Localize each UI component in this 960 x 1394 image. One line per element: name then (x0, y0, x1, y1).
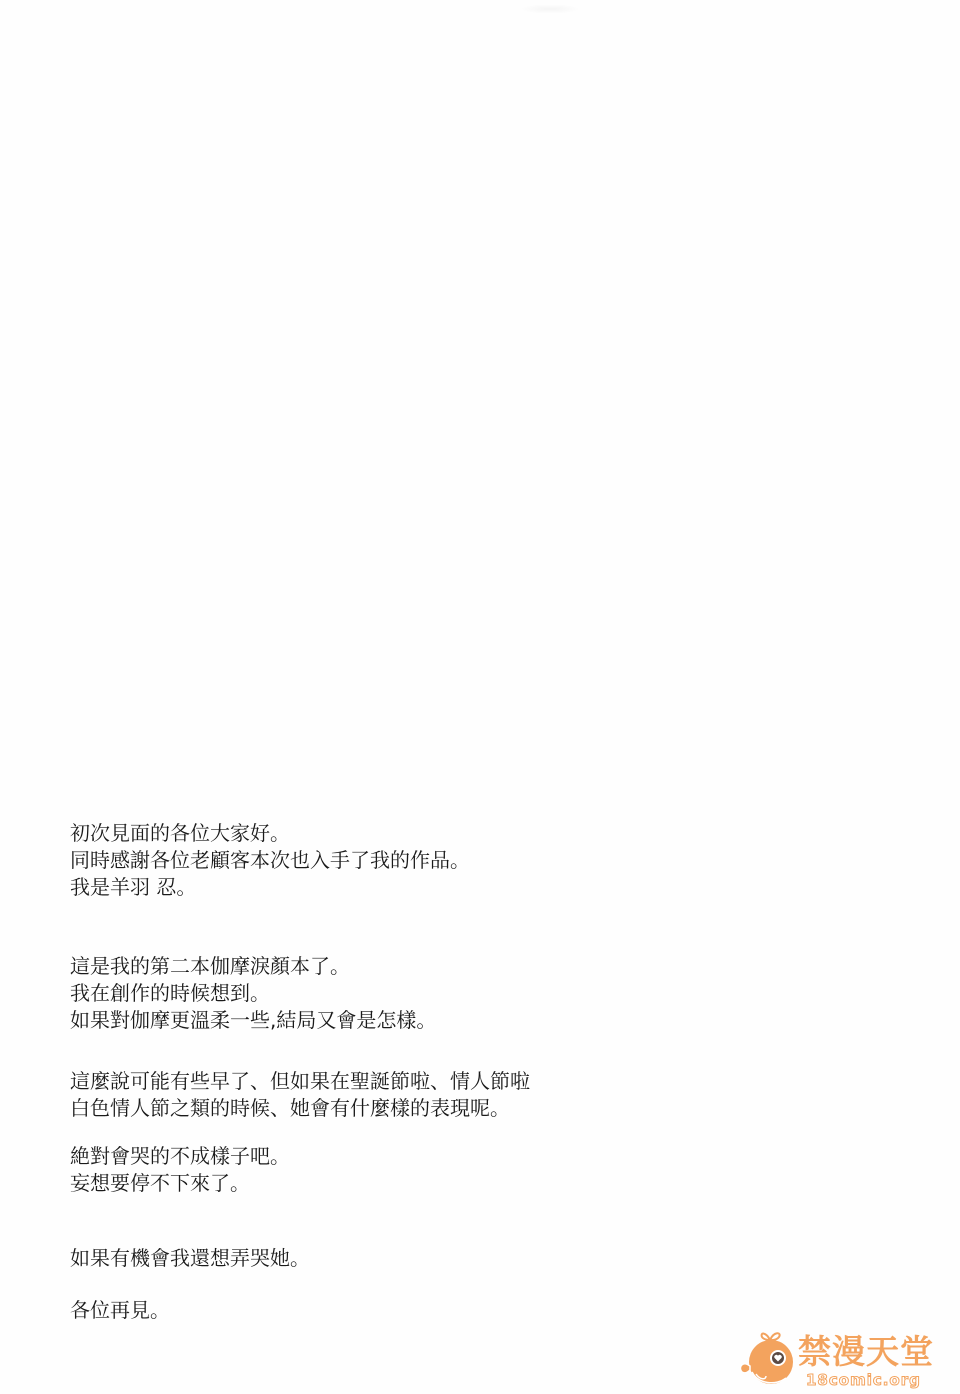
paragraph-greeting: 初次見面的各位大家好。 同時感謝各位老顧客本次也入手了我的作品。 我是羊羽 忍。 (70, 820, 470, 901)
text-line: 我是羊羽 忍。 (70, 874, 470, 901)
whale-mascot-heart-icon (736, 1326, 800, 1390)
text-line: 這麼說可能有些早了、但如果在聖誕節啦、情人節啦 (70, 1068, 530, 1095)
watermark-url: 18comic.org (806, 1372, 921, 1388)
text-line: 妄想要停不下來了。 (70, 1170, 290, 1197)
paragraph-next-time: 如果有機會我還想弄哭她。 (70, 1245, 310, 1272)
text-line: 各位再見。 (70, 1297, 170, 1324)
watermark-title: 禁漫天堂 (798, 1334, 934, 1370)
text-line: 絶對會哭的不成樣子吧。 (70, 1143, 290, 1170)
document-page: 初次見面的各位大家好。 同時感謝各位老顧客本次也入手了我的作品。 我是羊羽 忍。… (0, 0, 960, 1394)
text-line: 初次見面的各位大家好。 (70, 820, 470, 847)
text-line: 如果對伽摩更溫柔一些,結局又會是怎樣。 (70, 1007, 436, 1034)
paragraph-crying: 絶對會哭的不成樣子吧。 妄想要停不下來了。 (70, 1143, 290, 1197)
text-line: 如果有機會我還想弄哭她。 (70, 1245, 310, 1272)
paragraph-farewell: 各位再見。 (70, 1297, 170, 1324)
text-line: 我在創作的時候想到。 (70, 980, 436, 1007)
site-watermark: 禁漫天堂 18comic.org (736, 1326, 950, 1392)
paragraph-holidays: 這麼說可能有些早了、但如果在聖誕節啦、情人節啦 白色情人節之類的時候、她會有什麼… (70, 1068, 530, 1122)
text-line: 白色情人節之類的時候、她會有什麼樣的表現呢。 (70, 1095, 530, 1122)
text-line: 同時感謝各位老顧客本次也入手了我的作品。 (70, 847, 470, 874)
text-line: 這是我的第二本伽摩淚顏本了。 (70, 953, 436, 980)
faint-bleed-mark (520, 4, 580, 14)
paragraph-about-book: 這是我的第二本伽摩淚顏本了。 我在創作的時候想到。 如果對伽摩更溫柔一些,結局又… (70, 953, 436, 1034)
